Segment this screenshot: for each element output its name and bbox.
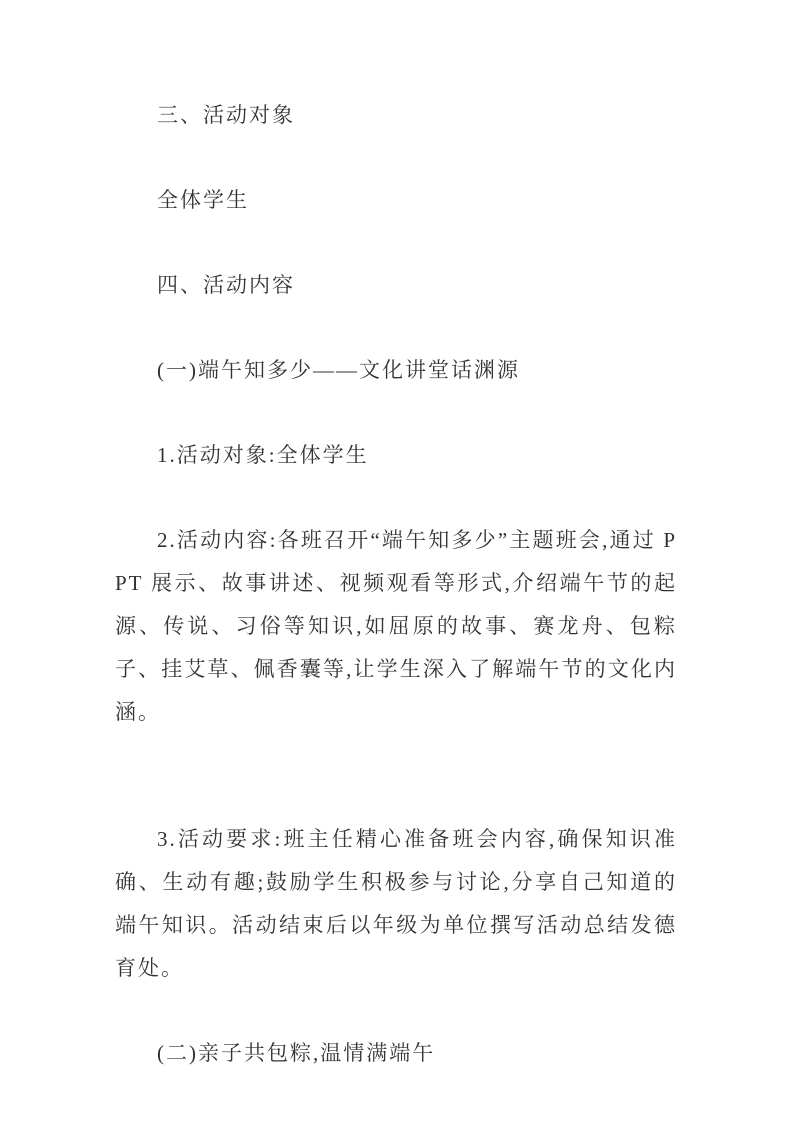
numbered-item-1-activity-target: 1.活动对象:全体学生 [115,434,677,477]
document-page: 三、活动对象 全体学生 四、活动内容 (一)端午知多少——文化讲堂话渊源 1.活… [0,0,793,1122]
section-heading-activity-content: 四、活动内容 [115,264,677,307]
subsection-heading-zongzi-family: (二)亲子共包粽,温情满端午 [115,1032,677,1075]
section-heading-activity-target: 三、活动对象 [115,94,677,137]
numbered-item-3-activity-requirements: 3.活动要求:班主任精心准备班会内容,确保知识准确、生动有趣;鼓励学生积极参与讨… [115,818,677,990]
numbered-item-2-activity-content: 2.活动内容:各班召开“端午知多少”主题班会,通过 PPT 展示、故事讲述、视频… [115,519,677,734]
subsection-heading-duanwu-lecture: (一)端午知多少——文化讲堂话渊源 [115,349,677,392]
body-text-all-students: 全体学生 [115,179,677,222]
